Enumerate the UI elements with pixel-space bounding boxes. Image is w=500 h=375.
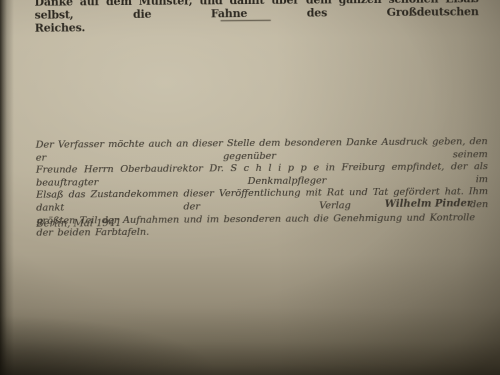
fraktur-header-line-1: Danke auf dem Münster, und damit über de… [34,0,478,22]
printed-page-content: Danke auf dem Münster, und damit über de… [0,0,500,375]
fraktur-header: Danke auf dem Münster, und damit über de… [34,0,478,35]
foreword-line-1: Der Verfasser möchte auch an dieser Stel… [36,136,488,165]
place-date-line: Berlin, Mai 1941 [36,218,121,230]
foreword-line-2: Freunde Herrn Oberbaudirektor Dr. S c h … [36,161,488,190]
